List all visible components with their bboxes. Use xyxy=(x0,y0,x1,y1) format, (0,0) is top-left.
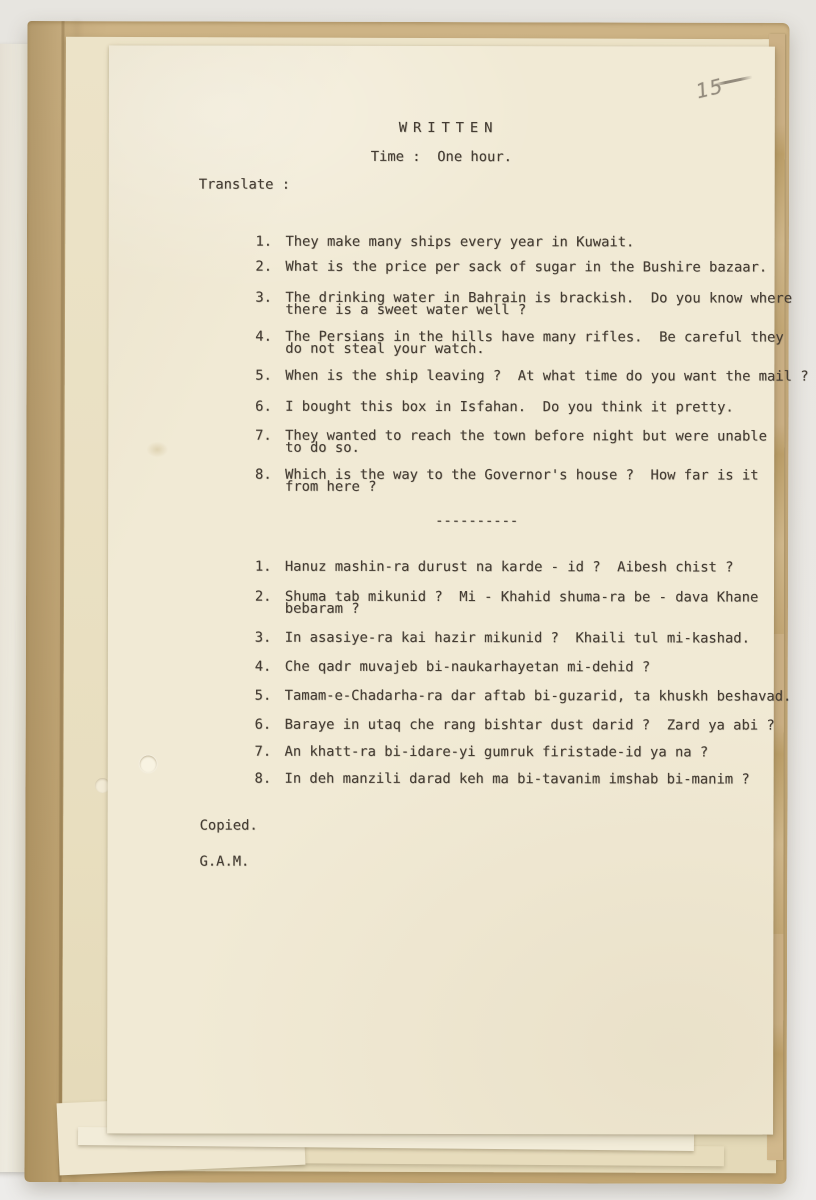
document-page: 15 W R I T T E N Time : One hour. Transl… xyxy=(107,45,775,1134)
item-number: 3. xyxy=(255,291,285,304)
item-text: Tamam-e-Chadarha-ra dar aftab bi-guzarid… xyxy=(285,689,792,702)
exam-time-line: Time : One hour. xyxy=(371,151,512,164)
item-text: Which is the way to the Governor's house… xyxy=(285,468,759,494)
item-text: Baraye in utaq che rang bishtar dust dar… xyxy=(285,718,775,731)
item-number: 2. xyxy=(255,590,285,603)
item-text: In asasiye-ra kai hazir mikunid ? Khaili… xyxy=(285,631,750,644)
english-item-8: 8.Which is the way to the Governor's hou… xyxy=(205,456,758,507)
item-text: An khatt-ra bi-idare-yi gumruk firistade… xyxy=(285,745,709,758)
exam-section-title: W R I T T E N xyxy=(399,122,491,135)
punch-hole xyxy=(140,755,157,772)
item-number: 6. xyxy=(255,718,285,731)
item-text: They wanted to reach the town before nig… xyxy=(285,429,767,455)
persian-item-8: 8.In deh manzili darad keh ma bi-tavanim… xyxy=(205,760,750,798)
item-text: What is the price per sack of sugar in t… xyxy=(285,260,767,273)
pencil-page-number: 15 xyxy=(693,74,725,104)
item-number: 7. xyxy=(255,745,285,758)
item-number: 4. xyxy=(255,330,285,343)
item-text: They make many ships every year in Kuwai… xyxy=(285,235,634,248)
copied-note: Copied. xyxy=(200,820,258,833)
item-text: When is the ship leaving ? At what time … xyxy=(285,369,808,382)
item-number: 8. xyxy=(255,772,285,785)
item-number: 7. xyxy=(255,429,285,442)
item-number: 8. xyxy=(255,468,285,481)
item-text: The Persians in the hills have many rifl… xyxy=(285,330,783,356)
item-text: Shuma tab mikunid ? Mi - Khahid shuma-ra… xyxy=(285,590,759,616)
item-number: 2. xyxy=(255,260,285,273)
examiner-initials: G.A.M. xyxy=(200,856,250,869)
item-text: Hanuz mashin-ra durust na karde - id ? A… xyxy=(285,560,734,573)
archive-photo: 15 W R I T T E N Time : One hour. Transl… xyxy=(0,0,816,1200)
item-number: 6. xyxy=(255,400,285,413)
item-number: 4. xyxy=(255,660,285,673)
paper-smudge xyxy=(146,441,168,457)
item-number: 1. xyxy=(255,560,285,573)
item-text: Che qadr muvajeb bi-naukarhayetan mi-deh… xyxy=(285,660,651,673)
item-text: The drinking water in Bahrain is brackis… xyxy=(285,291,792,317)
item-number: 5. xyxy=(255,369,285,382)
translate-heading: Translate : xyxy=(199,179,290,192)
section-divider: ---------- xyxy=(435,515,518,528)
item-number: 1. xyxy=(255,235,285,248)
item-text: In deh manzili darad keh ma bi-tavanim i… xyxy=(285,772,750,785)
item-text: I bought this box in Isfahan. Do you thi… xyxy=(285,400,734,413)
item-number: 5. xyxy=(255,689,285,702)
item-number: 3. xyxy=(255,631,285,644)
